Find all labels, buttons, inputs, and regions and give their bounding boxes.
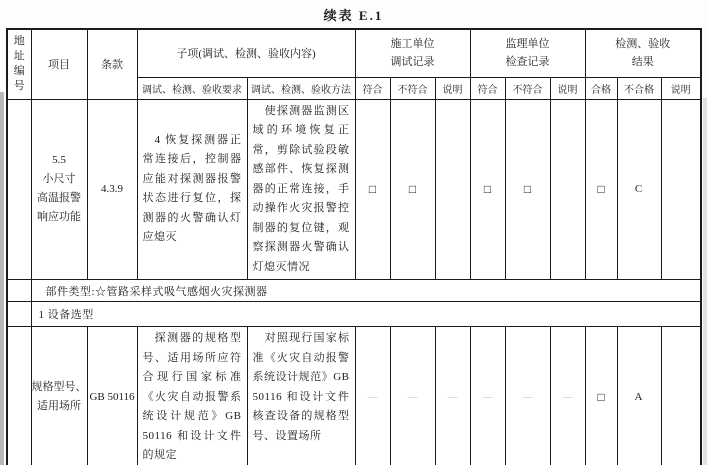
- cell-construction-note-row1: [435, 99, 470, 280]
- header-method-label: 调试、检测、验收方法: [247, 77, 355, 99]
- item-line: 小尺寸: [32, 170, 87, 189]
- cell-construction-not-conform-row1: □: [390, 99, 435, 280]
- cell-construction-not-conform-row2: —: [390, 327, 435, 465]
- cell-result-note-row1: [661, 99, 701, 280]
- cell-supervision-not-conform-row1: □: [505, 99, 550, 280]
- item-line: 适用场所: [32, 397, 87, 416]
- header-clause: 条款: [87, 29, 137, 99]
- cell-supervision-conform-row1: □: [470, 99, 505, 280]
- checkbox-icon[interactable]: □: [524, 182, 531, 196]
- header-item: 项目: [31, 29, 87, 99]
- cell-method-row2: 对照现行国家标准《火灾自动报警系统设计规范》GB 50116 和设计文件核查设备…: [247, 327, 355, 465]
- cell-method-row1: 使探测器监测区域的环境恢复正常，剪除试验段敏感部件、恢复探测器的正常连接，手动操…: [247, 99, 355, 280]
- checkbox-icon[interactable]: □: [484, 182, 491, 196]
- header-supervision-not-conform: 不符合: [505, 77, 550, 99]
- cell-supervision-note-row2: —: [550, 327, 585, 465]
- header-construction-group: 施工单位 调试记录: [355, 29, 470, 77]
- checkbox-icon[interactable]: □: [409, 182, 416, 196]
- header-result-qualified: 合格: [585, 77, 617, 99]
- requirement-text: 探测器的规格型号、适用场所应符合现行国家标准《火灾自动报警系统设计规范》GB 5…: [143, 332, 242, 461]
- cell-address-component-row: [7, 280, 31, 302]
- header-supervision-note: 说明: [550, 77, 585, 99]
- cell-supervision-conform-row2: —: [470, 327, 505, 465]
- header-result-group: 检测、验收 结果: [585, 29, 701, 77]
- header-requirement-label: 调试、检测、验收要求: [137, 77, 247, 99]
- header-address-no: 地址编号: [7, 29, 31, 99]
- scanned-document-page: 续表 E.1 地址编号 项目 条款 子项(调试、检测、验收内容) 施工单位 调试…: [0, 0, 707, 465]
- header-construction-conform: 符合: [355, 77, 390, 99]
- inspection-record-table: 地址编号 项目 条款 子项(调试、检测、验收内容) 施工单位 调试记录 监理单位…: [6, 28, 702, 465]
- cell-result-qualified-row2: □: [585, 327, 617, 465]
- cell-item-row1: 5.5 小尺寸 高温报警 响应功能: [31, 99, 87, 280]
- cell-construction-conform-row1: □: [355, 99, 390, 280]
- dash-mark: —: [523, 392, 533, 403]
- header-supervision-group: 监理单位 检查记录: [470, 29, 585, 77]
- grade-letter: C: [635, 183, 643, 195]
- scan-edge-artifact-left: [0, 92, 4, 465]
- header-supervision-conform: 符合: [470, 77, 505, 99]
- cell-result-qualified-row1: □: [585, 99, 617, 280]
- cell-construction-note-row2: —: [435, 327, 470, 465]
- cell-clause-row1: 4.3.9: [87, 99, 137, 280]
- dash-mark: —: [408, 392, 418, 403]
- item-line: 高温报警: [32, 189, 87, 208]
- cell-clause-row2: GB 50116: [87, 327, 137, 465]
- checkbox-icon[interactable]: □: [369, 182, 376, 196]
- cell-address-section-row: [7, 302, 31, 327]
- scan-edge-artifact-right: [703, 98, 707, 465]
- dash-mark: —: [448, 392, 458, 403]
- cell-result-note-row2: [661, 327, 701, 465]
- dash-mark: —: [368, 392, 378, 403]
- method-text: 对照现行国家标准《火灾自动报警系统设计规范》GB 50116 和设计文件核查设备…: [253, 332, 350, 442]
- section-row: 1 设备选型: [31, 302, 701, 327]
- cell-result-not-qualified-row2: A: [617, 327, 661, 465]
- cell-address-row1: [7, 99, 31, 280]
- grade-letter: A: [635, 391, 644, 403]
- checkbox-icon[interactable]: □: [597, 390, 604, 404]
- component-type-row: 部件类型:☆管路采样式吸气感烟火灾探测器: [31, 280, 701, 302]
- header-result-note: 说明: [661, 77, 701, 99]
- cell-requirement-row2: 探测器的规格型号、适用场所应符合现行国家标准《火灾自动报警系统设计规范》GB 5…: [137, 327, 247, 465]
- item-line: 5.5: [32, 151, 87, 170]
- cell-supervision-not-conform-row2: —: [505, 327, 550, 465]
- method-text: 使探测器监测区域的环境恢复正常，剪除试验段敏感部件、恢复探测器的正常连接，手动操…: [253, 105, 350, 273]
- dash-mark: —: [563, 392, 573, 403]
- item-line: 响应功能: [32, 208, 87, 227]
- table-title: 续表 E.1: [0, 5, 707, 24]
- cell-address-row2: [7, 327, 31, 465]
- checkbox-icon[interactable]: □: [597, 182, 604, 196]
- header-subitem-group: 子项(调试、检测、验收内容): [137, 29, 355, 77]
- header-construction-not-conform: 不符合: [390, 77, 435, 99]
- cell-construction-conform-row2: —: [355, 327, 390, 465]
- header-result-not-qualified: 不合格: [617, 77, 661, 99]
- cell-result-not-qualified-row1: C: [617, 99, 661, 280]
- cell-requirement-row1: 4 恢复探测器正常连接后，控制器应能对探测器报警状态进行复位，探测器的火警确认灯…: [137, 99, 247, 280]
- cell-item-row2: 规格型号、 适用场所: [31, 327, 87, 465]
- item-line: 规格型号、: [32, 378, 87, 397]
- requirement-text: 4 恢复探测器正常连接后，控制器应能对探测器报警状态进行复位，探测器的火警确认灯…: [143, 134, 242, 244]
- header-construction-note: 说明: [435, 77, 470, 99]
- dash-mark: —: [483, 392, 493, 403]
- cell-supervision-note-row1: [550, 99, 585, 280]
